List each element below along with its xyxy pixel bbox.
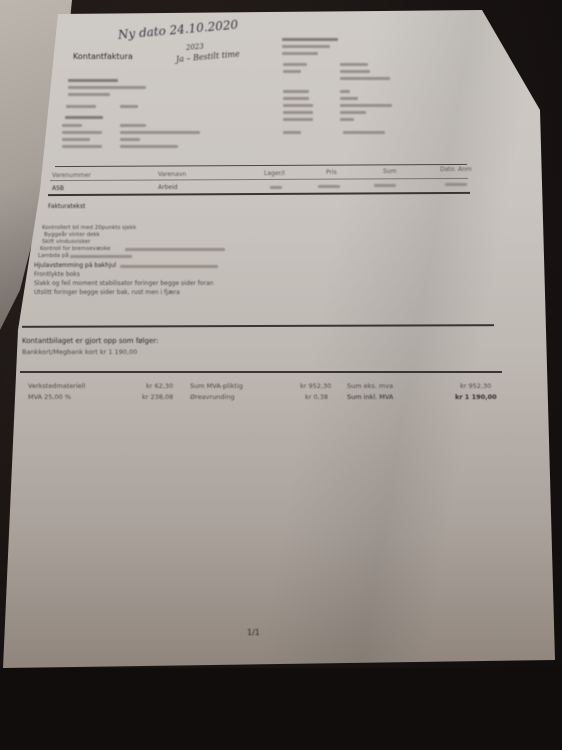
meta-label-blurred (283, 111, 313, 114)
meta-label-blurred (283, 70, 301, 73)
handwritten-note-line2: 2023 (186, 42, 204, 52)
notes-heading: Fakturatekst (48, 203, 85, 210)
col-header-pris: Pris (326, 169, 337, 176)
meta-value-blurred (343, 131, 385, 134)
totals-label: Sum MVA-pliktig (190, 382, 243, 390)
totals-label: MVA 25,00 % (28, 393, 71, 401)
invoice-paper (0, 0, 562, 670)
meta-value-blurred (340, 90, 350, 93)
col-header-dato: Dato. Anm (440, 166, 472, 173)
meta-label-blurred (283, 104, 313, 107)
totals-value-grand: kr 1 190,00 (455, 393, 497, 401)
totals-label-grand: Sum inkl. MVA (347, 393, 393, 401)
vehicle-field-label-blurred (62, 124, 82, 127)
col-header-lager: Lager/I (264, 170, 285, 177)
payment-line: Bankkort/Megbank kort kr 1 190,00 (22, 348, 137, 356)
meta-value-blurred (340, 63, 368, 66)
totals-label: Verkstedmateriell (28, 382, 85, 390)
meta-label-blurred (283, 118, 313, 121)
cell-lager-blurred (270, 186, 282, 189)
vehicle-field-label-blurred (62, 145, 102, 148)
note-line: Byggeår vinter dekk (44, 232, 100, 238)
customer-postal-blurred (68, 93, 110, 96)
note-line: Skift vindusvisker (42, 239, 90, 245)
note-line: Kontroll for bremsevæske (40, 246, 110, 252)
meta-value-blurred (340, 104, 392, 107)
vehicle-section-heading-blurred (65, 116, 103, 119)
note-line-continuation-blurred (70, 255, 132, 258)
cell-sum-blurred (374, 184, 396, 187)
note-line: Lambda på (38, 253, 69, 259)
totals-value: kr 952,30 (300, 382, 331, 390)
vehicle-field-label-blurred (62, 131, 102, 134)
col-header-varenavn: Varenavn (158, 171, 186, 178)
note-line: Frontlykte boks (34, 271, 80, 278)
meta-value-blurred (340, 111, 366, 114)
vehicle-field-value-blurred (120, 131, 200, 134)
company-address-blurred (282, 45, 330, 48)
document-title: Kontantfaktura (73, 52, 133, 61)
cell-pris-blurred (318, 185, 340, 188)
col-header-varenummer: Varenummer (52, 172, 91, 179)
cell-dato-blurred (445, 183, 467, 186)
customer-number-label-blurred (66, 105, 96, 108)
customer-name-blurred (68, 79, 118, 82)
meta-value-blurred (340, 77, 390, 80)
company-postal-blurred (282, 52, 318, 55)
cell-varenummer: ASB (52, 185, 64, 192)
customer-number-blurred (120, 105, 138, 108)
note-line: Slakk og feil moment stabilisator foring… (34, 280, 213, 287)
totals-divider (20, 371, 502, 373)
note-line: Utslitt foringer begge sider bak, rust m… (34, 289, 180, 296)
meta-value-blurred (340, 97, 358, 100)
meta-label-blurred (283, 131, 301, 134)
company-name-blurred (282, 38, 338, 41)
col-header-sum: Sum (383, 168, 396, 175)
totals-label: Sum eks. mva (347, 382, 393, 390)
totals-value: kr 62,30 (146, 382, 173, 390)
note-line-continuation-blurred (120, 265, 218, 268)
note-line-continuation-blurred (125, 248, 225, 251)
totals-value: kr 238,08 (142, 393, 173, 401)
vehicle-field-value-blurred (120, 124, 146, 127)
page-number: 1/1 (247, 628, 260, 637)
meta-value-blurred (340, 118, 354, 121)
note-line: Hjulavstemming på bakhjul (34, 262, 116, 269)
vehicle-field-value-blurred (120, 138, 140, 141)
table-edge (0, 668, 562, 750)
cell-varenavn: Arbeid (158, 184, 178, 191)
payment-heading: Kontantbilaget er gjort opp som følger: (22, 337, 158, 345)
meta-label-blurred (283, 63, 307, 66)
vehicle-field-value-blurred (120, 145, 178, 148)
meta-value-blurred (340, 70, 370, 73)
customer-address-blurred (68, 86, 146, 89)
meta-label-blurred (283, 97, 309, 100)
totals-value: kr 952,30 (460, 382, 491, 390)
note-line: Kontrollert bil med 20punkts sjekk (42, 225, 136, 231)
totals-value: kr 0,38 (305, 393, 328, 401)
meta-label-blurred (283, 90, 309, 93)
vehicle-field-label-blurred (62, 138, 90, 141)
totals-label: Øreavrunding (190, 393, 235, 401)
